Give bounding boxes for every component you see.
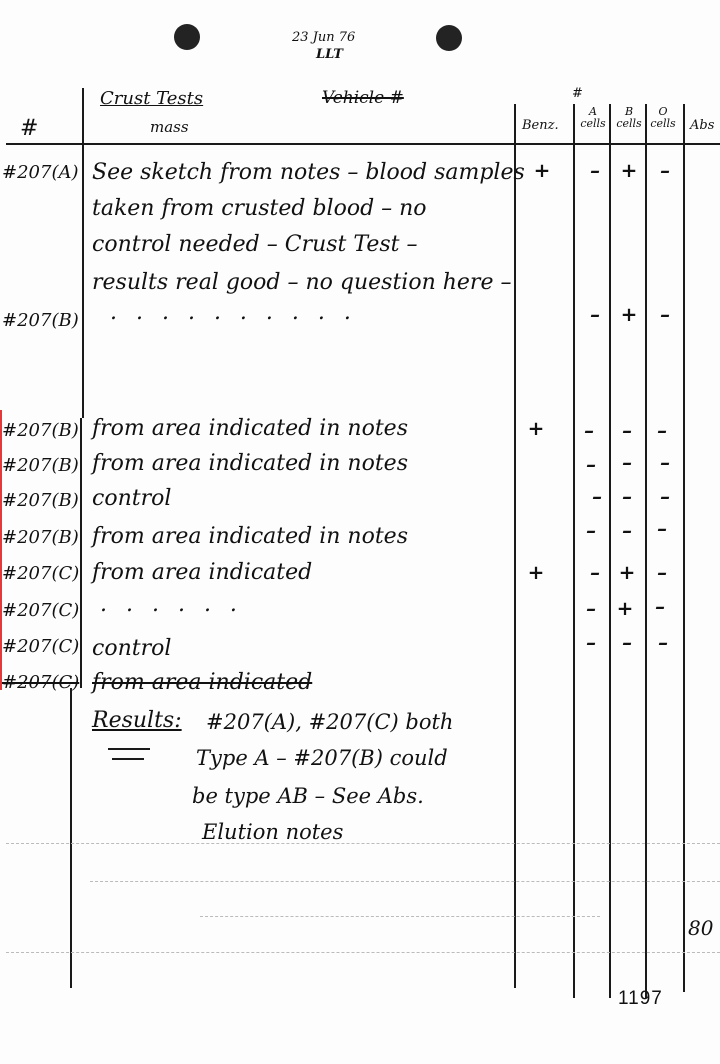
b-cells-result: – [612, 630, 642, 654]
row-note-line: from area indicated in notes [92, 416, 408, 441]
punch-hole-left [174, 24, 200, 50]
a-cells-result: – [580, 560, 610, 584]
b-cells-result: – [612, 484, 642, 508]
a-cells-result: – [576, 452, 606, 476]
row-note-line: control [92, 486, 171, 511]
row-id: #207(B) [2, 455, 79, 476]
a-cells-result: – [574, 418, 604, 442]
header-hash-small: # [572, 86, 583, 101]
row-note-line: from area indicated [92, 560, 312, 585]
results-line: be type AB – See Abs. [192, 784, 424, 808]
a-cells-result: – [580, 302, 610, 326]
header-o-cells: O cells [648, 106, 678, 130]
header-abs: Abs [690, 118, 714, 133]
header-crust-tests: Crust Tests [100, 88, 203, 109]
column-line-o [645, 104, 647, 998]
b-cells-result: + [614, 302, 644, 326]
a-cells-result: – [580, 158, 610, 182]
row-id: #207(B) [2, 527, 79, 548]
b-cells-result: – [612, 450, 642, 474]
results-line: Type A – #207(B) could [196, 746, 448, 770]
column-line-abs [683, 104, 685, 992]
row-note-line: . . . . . . . . . . [110, 300, 357, 325]
o-cells-result: – [650, 450, 680, 474]
b-cells-result: + [614, 158, 644, 182]
guide-line [200, 916, 600, 917]
row-id: #207(C) [2, 600, 79, 621]
results-line: #207(A), #207(C) both [206, 710, 453, 734]
row-note-line: taken from crusted blood – no [92, 196, 427, 221]
benzidine-result: + [527, 158, 557, 182]
row-id: #207(B) [2, 310, 79, 331]
a-cells-result: – [576, 518, 606, 542]
column-line-number [82, 88, 84, 418]
row-note-line: control [92, 636, 171, 661]
results-line: Elution notes [202, 820, 343, 844]
o-cells-result: – [650, 158, 680, 182]
header-mass: mass [150, 118, 189, 136]
benzidine-result: + [521, 416, 551, 440]
a-cells-result: – [576, 596, 606, 620]
row-note-line: from area indicated in notes [92, 524, 408, 549]
column-line-b [609, 104, 611, 998]
row-note-line: results real good – no question here – [92, 270, 511, 295]
guide-line [6, 843, 720, 844]
guide-line [6, 952, 720, 953]
column-line-benzidine [514, 104, 516, 988]
results-underline [108, 748, 150, 750]
b-cells-result: – [612, 418, 642, 442]
a-cells-result: – [576, 630, 606, 654]
row-id-struck: #207(C) [2, 672, 79, 693]
row-note-struck: from area indicated [92, 670, 312, 695]
b-cells-result: – [612, 518, 642, 542]
o-cells-result: – [650, 302, 680, 326]
row-id: #207(B) [2, 420, 79, 441]
row-id: #207(B) [2, 490, 79, 511]
row-id: #207(C) [2, 563, 79, 584]
o-cells-result: – [650, 484, 680, 508]
punch-hole-right [436, 25, 462, 51]
header-struck-vehicle: Vehicle # [322, 88, 404, 108]
results-label: Results: [92, 708, 182, 733]
results-underline [112, 758, 144, 760]
page-number: 1197 [618, 988, 663, 1010]
o-cells-result: – [647, 516, 677, 540]
row-note-line: control needed – Crust Test – [92, 232, 418, 257]
o-cells-result: – [648, 630, 678, 654]
b-cells-result: + [610, 596, 640, 620]
a-cells-result: – [582, 484, 612, 508]
o-cells-result: – [645, 594, 675, 618]
date-stamp-line1: 23 Jun 76 [292, 30, 355, 45]
header-a-cells: A cells [576, 106, 610, 130]
column-line-number-lower [80, 418, 82, 688]
header-number: # [20, 116, 38, 141]
row-note-line: See sketch from notes – blood samples [92, 160, 525, 185]
row-id: #207(A) [2, 162, 78, 183]
o-cells-result: – [647, 418, 677, 442]
benzidine-result: + [521, 560, 551, 584]
row-id: #207(C) [2, 636, 79, 657]
margin-note: 80 [688, 916, 713, 940]
header-benzidine: Benz. [522, 118, 559, 133]
column-line-a [573, 104, 575, 998]
row-note-line: . . . . . . [100, 592, 243, 617]
column-line-description [70, 688, 72, 988]
date-stamp-line2: LLT [316, 47, 343, 62]
guide-line [90, 881, 720, 882]
b-cells-result: + [612, 560, 642, 584]
o-cells-result: – [647, 560, 677, 584]
header-b-cells: B cells [612, 106, 646, 130]
header-rule [6, 143, 720, 145]
row-note-line: from area indicated in notes [92, 451, 408, 476]
